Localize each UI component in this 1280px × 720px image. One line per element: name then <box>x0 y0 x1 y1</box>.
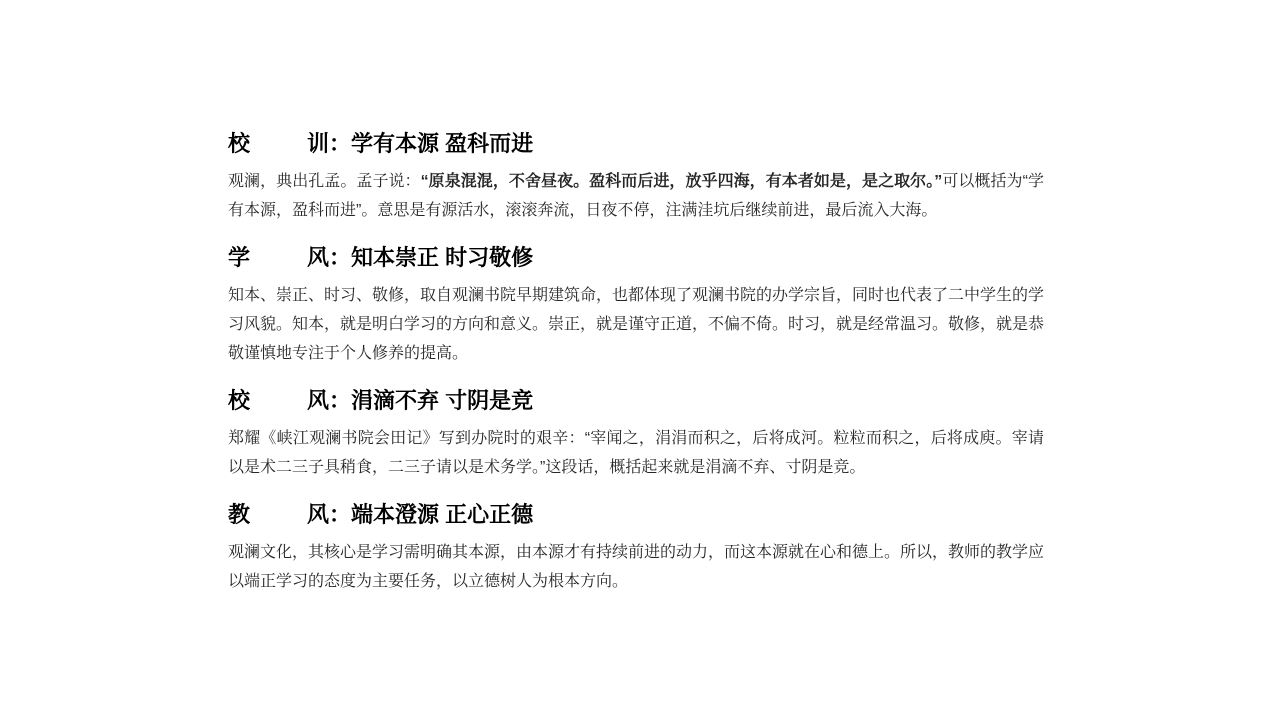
paragraph-text-segment: 郑耀《峡江观澜书院会田记》写到办院时的艰辛：“宰闻之，涓涓而积之，后将成河。粒粒… <box>228 430 1044 476</box>
section-title-rest: 风：知本崇正 时习敬修 <box>307 245 533 270</box>
document-body: 校训：学有本源 盈科而进 观澜，典出孔孟。孟子说：“原泉混混，不舍昼夜。盈科而后… <box>228 129 1044 614</box>
section-paragraph: 观澜，典出孔孟。孟子说：“原泉混混，不舍昼夜。盈科而后进，放乎四海，有本者如是，… <box>228 167 1044 225</box>
section-title: 学风：知本崇正 时习敬修 <box>228 243 1044 273</box>
section-school-motto: 校训：学有本源 盈科而进 观澜，典出孔孟。孟子说：“原泉混混，不舍昼夜。盈科而后… <box>228 129 1044 225</box>
section-title: 校风：涓滴不弃 寸阴是竞 <box>228 386 1044 416</box>
section-title-rest: 风：端本澄源 正心正德 <box>307 502 533 527</box>
paragraph-text-segment: 知本、崇正、时习、敬修，取自观澜书院早期建筑命，也都体现了观澜书院的办学宗旨，同… <box>228 287 1044 362</box>
paragraph-text-segment: 观澜，典出孔孟。孟子说： <box>228 173 421 190</box>
section-teaching-style: 教风：端本澄源 正心正德 观澜文化，其核心是学习需明确其本源，由本源才有持续前进… <box>228 500 1044 596</box>
paragraph-bold-segment: “原泉混混，不舍昼夜。盈科而后进，放乎四海，有本者如是，是之取尔。” <box>421 173 943 190</box>
section-title-first-char: 教 <box>228 500 307 530</box>
section-paragraph: 知本、崇正、时习、敬修，取自观澜书院早期建筑命，也都体现了观澜书院的办学宗旨，同… <box>228 281 1044 368</box>
paragraph-text-segment: 观澜文化，其核心是学习需明确其本源，由本源才有持续前进的动力，而这本源就在心和德… <box>228 544 1044 590</box>
section-title-rest: 风：涓滴不弃 寸阴是竞 <box>307 388 533 413</box>
section-title: 校训：学有本源 盈科而进 <box>228 129 1044 159</box>
section-paragraph: 观澜文化，其核心是学习需明确其本源，由本源才有持续前进的动力，而这本源就在心和德… <box>228 538 1044 596</box>
section-title: 教风：端本澄源 正心正德 <box>228 500 1044 530</box>
section-school-style: 校风：涓滴不弃 寸阴是竞 郑耀《峡江观澜书院会田记》写到办院时的艰辛：“宰闻之，… <box>228 386 1044 482</box>
section-title-first-char: 校 <box>228 386 307 416</box>
section-study-style: 学风：知本崇正 时习敬修 知本、崇正、时习、敬修，取自观澜书院早期建筑命，也都体… <box>228 243 1044 368</box>
section-title-first-char: 校 <box>228 129 307 159</box>
section-title-first-char: 学 <box>228 243 307 273</box>
section-paragraph: 郑耀《峡江观澜书院会田记》写到办院时的艰辛：“宰闻之，涓涓而积之，后将成河。粒粒… <box>228 424 1044 482</box>
section-title-rest: 训：学有本源 盈科而进 <box>307 131 533 156</box>
